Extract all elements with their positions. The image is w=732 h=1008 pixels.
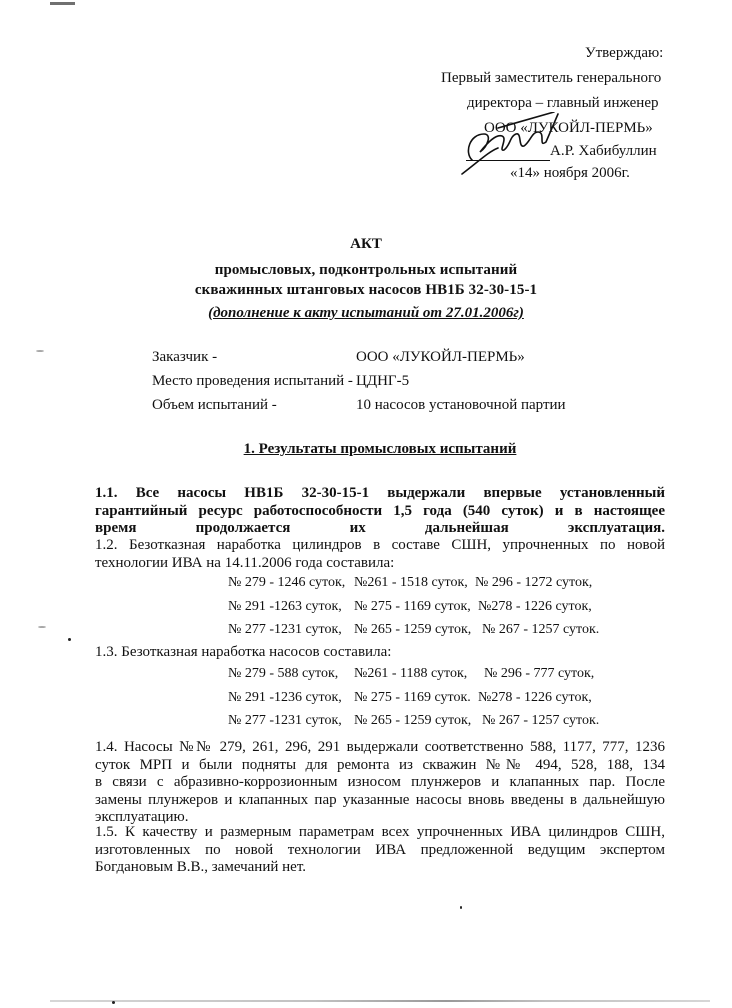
- approve-label: Утверждаю:: [585, 46, 663, 61]
- list-item: № 296 - 1272 суток,: [475, 575, 592, 591]
- paragraph-1-3: 1.3. Безотказная наработка насосов соста…: [95, 644, 665, 662]
- scan-speck: [38, 626, 46, 628]
- paragraph-1-5: 1.5. К качеству и размерным параметрам в…: [95, 824, 665, 877]
- signature-icon: [458, 112, 568, 182]
- list-item: № 291 -1263 суток,: [228, 599, 342, 615]
- scan-speck: [112, 1001, 115, 1004]
- scan-artifact: [50, 2, 75, 5]
- list-item: № 279 - 1246 суток,: [228, 575, 345, 591]
- document-note-text: (дополнение к акту испытаний от 27.01.20…: [208, 305, 524, 321]
- paragraph-1-2: 1.2. Безотказная наработка цилиндров в с…: [95, 537, 665, 572]
- info-value-location: ЦДНГ-5: [356, 373, 409, 390]
- info-label-scope: Объем испытаний -: [152, 397, 277, 414]
- paragraph-line: 1.3. Безотказная наработка насосов соста…: [95, 644, 665, 662]
- list-item: № 275 - 1169 суток,: [354, 599, 471, 615]
- section-heading-text: 1. Результаты промысловых испытаний: [244, 441, 517, 457]
- paragraph-line: суток МРП и были подняты для ремонта из …: [95, 757, 665, 775]
- section-heading: 1. Результаты промысловых испытаний: [0, 441, 732, 458]
- document-subtitle-line2: скважинных штанговых насосов НВ1Б 32-30-…: [0, 282, 732, 299]
- list-item: № 267 - 1257 суток.: [482, 622, 599, 638]
- list-item: № 267 - 1257 суток.: [482, 713, 599, 729]
- paragraph-line: 1.4. Насосы №№ 279, 261, 296, 291 выдерж…: [95, 739, 665, 757]
- list-item: № 291 -1236 суток,: [228, 690, 342, 706]
- paragraph-line: гарантийный ресурс работоспособности 1,5…: [95, 503, 665, 521]
- list-item: №278 - 1226 суток,: [478, 599, 592, 615]
- list-item: № 265 - 1259 суток,: [354, 713, 471, 729]
- approver-position-line1: Первый заместитель генерального: [441, 71, 661, 86]
- list-item: № 275 - 1169 суток.: [354, 690, 471, 706]
- list-item: № 296 - 777 суток,: [484, 666, 594, 682]
- info-label-customer: Заказчик -: [152, 349, 217, 366]
- paragraph-line: замены плунжеров и клапанных пар указанн…: [95, 792, 665, 810]
- info-label-location: Место проведения испытаний -: [152, 373, 353, 390]
- paragraph-1-4: 1.4. Насосы №№ 279, 261, 296, 291 выдерж…: [95, 739, 665, 827]
- list-item: №261 - 1518 суток,: [354, 575, 468, 591]
- scan-speck: [460, 906, 462, 909]
- info-value-customer: ООО «ЛУКОЙЛ-ПЕРМЬ»: [356, 349, 525, 366]
- paragraph-line: 1.1. Все насосы НВ1Б 32-30-15-1 выдержал…: [95, 485, 665, 503]
- paragraph-line: в связи с абразивно-коррозионным износом…: [95, 774, 665, 792]
- paragraph-line: изготовленных по новой технологии ИВА пр…: [95, 842, 665, 860]
- document-note: (дополнение к акту испытаний от 27.01.20…: [0, 305, 732, 322]
- list-item: № 277 -1231 суток,: [228, 622, 342, 638]
- scan-speck: [36, 350, 44, 352]
- list-item: №278 - 1226 суток,: [478, 690, 592, 706]
- document-subtitle-line1: промысловых, подконтрольных испытаний: [0, 262, 732, 279]
- paragraph-line: 1.2. Безотказная наработка цилиндров в с…: [95, 537, 665, 555]
- document-title: АКТ: [0, 236, 732, 253]
- paragraph-line: время продолжается их дальнейшая эксплуа…: [95, 520, 665, 538]
- info-value-scope: 10 насосов установочной партии: [356, 397, 566, 414]
- paragraph-line: 1.5. К качеству и размерным параметрам в…: [95, 824, 665, 842]
- scan-speck: [68, 638, 71, 641]
- scan-edge: [50, 1000, 710, 1002]
- list-item: № 279 - 588 суток,: [228, 666, 338, 682]
- paragraph-line: Богдановым В.В., замечаний нет.: [95, 859, 665, 877]
- list-item: № 277 -1231 суток,: [228, 713, 342, 729]
- list-item: № 265 - 1259 суток,: [354, 622, 471, 638]
- paragraph-1-1: 1.1. Все насосы НВ1Б 32-30-15-1 выдержал…: [95, 485, 665, 538]
- approver-position-line2: директора – главный инженер: [467, 96, 658, 111]
- list-item: №261 - 1188 суток,: [354, 666, 467, 682]
- paragraph-line: технологии ИВА на 14.11.2006 года состав…: [95, 555, 665, 573]
